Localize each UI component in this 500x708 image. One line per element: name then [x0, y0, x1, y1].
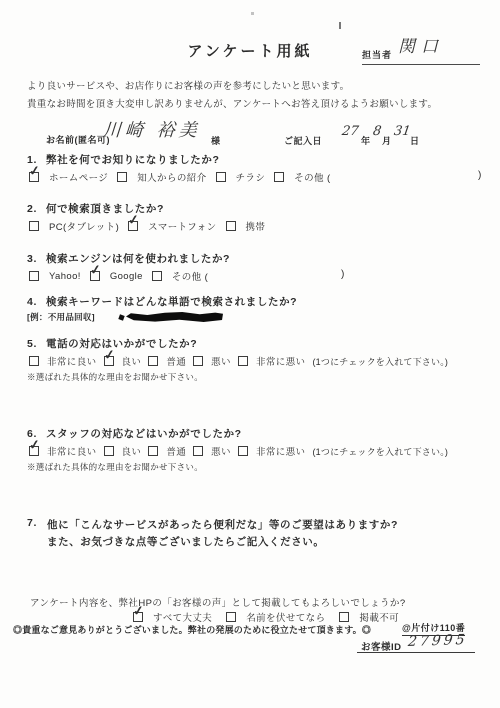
date-month-unit: 月	[382, 134, 392, 147]
option-staff-good: ✓ 良い	[104, 444, 142, 458]
question-2-text: 何で検索頂きましたか?	[46, 203, 164, 215]
check-mark-icon: ✓	[132, 603, 145, 617]
checkbox-phone-very-bad[interactable]: ✓	[238, 356, 248, 366]
option-label: 名前を伏せてなら	[246, 610, 325, 624]
checkbox-flyer[interactable]: ✓	[216, 172, 226, 182]
question-3-text: 検索エンジンは何を使われましたか?	[46, 253, 230, 265]
checkbox-staff-normal[interactable]: ✓	[148, 446, 158, 456]
question-4-number: 4.	[27, 296, 37, 308]
checkbox-staff-bad[interactable]: ✓	[193, 446, 203, 456]
check-mark-icon: ✓	[128, 212, 141, 226]
option-publish-all-ok: ✓ すべて大丈夫	[133, 610, 212, 624]
checkbox-staff-very-bad[interactable]: ✓	[238, 446, 248, 456]
question-2-heading: 2.何で検索頂きましたか?	[27, 201, 164, 216]
question-6-text: スタッフの対応などはいかがでしたか?	[46, 428, 242, 440]
option-phone-good: ✓ 良い	[104, 354, 142, 368]
option-label: 悪い	[211, 444, 231, 458]
close-paren: )	[478, 170, 481, 181]
option-yahoo: ✓ Yahoo!	[29, 271, 81, 282]
question-5-number: 5.	[27, 338, 37, 350]
option-staff-bad: ✓ 悪い	[193, 444, 231, 458]
check-mark-icon: ✓	[28, 437, 41, 451]
date-year-unit: 年	[361, 134, 371, 147]
publish-question: アンケート内容を、弊社HPの「お客様の声」として掲載してもよろしいでしょうか?	[30, 595, 406, 609]
option-label: 非常に悪い	[256, 444, 306, 458]
option-label: PC(タブレット)	[49, 219, 119, 233]
question-4-heading: 4.検索キーワードはどんな単語で検索されましたか?	[27, 294, 297, 309]
redaction-mark	[118, 314, 124, 320]
keyword-example-label: [例：不用品回収]	[27, 311, 95, 323]
thanks-message: ◎貴重なご意見ありがとうございました。弊社の発展のために役立たせて頂きます。◎	[13, 623, 371, 636]
checkbox-pc[interactable]: ✓	[29, 221, 39, 231]
checkbox-staff-very-good[interactable]: ✓	[29, 446, 39, 456]
checkbox-publish-anonymous[interactable]: ✓	[226, 612, 236, 622]
option-homepage: ✓ ホームページ	[29, 170, 108, 184]
option-google: ✓ Google	[90, 271, 143, 282]
option-smartphone: ✓ スマートフォン	[128, 219, 216, 233]
checkbox-google[interactable]: ✓	[90, 271, 100, 281]
option-label: その他 (	[172, 269, 208, 283]
option-other-engine: ✓ その他 (	[152, 269, 208, 283]
question-1-options: ✓ ホームページ ✓ 知人からの紹介 ✓ チラシ ✓ その他 (	[29, 170, 331, 184]
question-7-line-2: また、お気づきな点等ございましたらご記入ください。	[47, 534, 325, 549]
checkbox-other[interactable]: ✓	[274, 172, 284, 182]
checkbox-referral[interactable]: ✓	[117, 172, 127, 182]
option-label: 良い	[122, 354, 142, 368]
customer-id-label: お客様ID	[361, 639, 402, 653]
option-staff-normal: ✓ 普通	[148, 444, 186, 458]
check-mark-icon: ✓	[103, 347, 116, 361]
date-day-value: 31	[393, 124, 412, 139]
option-label: 非常に良い	[47, 444, 97, 458]
checkbox-other-engine[interactable]: ✓	[152, 271, 162, 281]
option-label: 非常に悪い	[256, 354, 306, 368]
question-2-number: 2.	[27, 203, 37, 215]
date-year-value: 27	[341, 124, 360, 139]
option-phone-very-good: ✓ 非常に良い	[29, 354, 97, 368]
check-mark-icon: ✓	[28, 163, 41, 177]
checkbox-phone-bad[interactable]: ✓	[193, 356, 203, 366]
option-publish-not-allowed: ✓ 掲載不可	[339, 610, 399, 624]
questionnaire-page: アンケート用紙 担当者 関口 より良いサービスや、お店作りにお客様の声を参考にし…	[0, 0, 500, 708]
question-6-options: ✓ 非常に良い ✓ 良い ✓ 普通 ✓ 悪い ✓ 非常に悪い (1つにチェックを…	[29, 444, 448, 458]
option-referral: ✓ 知人からの紹介	[117, 170, 206, 184]
staff-signature: 関口	[398, 32, 444, 57]
option-label: 悪い	[211, 354, 231, 368]
date-month-value: 8	[372, 124, 382, 139]
option-label: 普通	[166, 444, 186, 458]
question-3-number: 3.	[27, 253, 37, 265]
checkbox-mobile[interactable]: ✓	[226, 221, 236, 231]
checkbox-phone-normal[interactable]: ✓	[148, 356, 158, 366]
reason-note: ※選ばれた具体的な理由をお聞かせ下さい。	[27, 461, 203, 473]
option-label: すべて大丈夫	[153, 610, 212, 624]
checkbox-homepage[interactable]: ✓	[29, 172, 39, 182]
staff-field: 担当者 関口	[362, 38, 480, 65]
option-label: 知人からの紹介	[137, 170, 206, 184]
question-3-heading: 3.検索エンジンは何を使われましたか?	[27, 251, 230, 266]
option-phone-very-bad: ✓ 非常に悪い	[238, 354, 306, 368]
date-label: ご記入日	[284, 134, 322, 147]
question-5-options: ✓ 非常に良い ✓ 良い ✓ 普通 ✓ 悪い ✓ 非常に悪い (1つにチェックを…	[29, 354, 448, 368]
option-publish-anonymous: ✓ 名前を伏せてなら	[226, 610, 325, 624]
check-instruction: (1つにチェックを入れて下さい。)	[312, 445, 448, 458]
option-label: 普通	[166, 354, 186, 368]
option-label: Google	[110, 271, 143, 282]
scan-artifact	[251, 12, 254, 15]
customer-id-value: 27995	[407, 632, 468, 650]
question-1-text: 弊社を何でお知りになりましたか?	[46, 154, 220, 166]
name-value: 川崎 裕美	[102, 116, 202, 142]
question-2-options: ✓ PC(タブレット) ✓ スマートフォン ✓ 携帯	[29, 219, 265, 233]
option-staff-very-good: ✓ 非常に良い	[29, 444, 97, 458]
option-flyer: ✓ チラシ	[216, 170, 266, 184]
option-label: 携帯	[246, 219, 266, 233]
question-5-text: 電話の対応はいかがでしたか?	[46, 338, 197, 350]
option-mobile: ✓ 携帯	[226, 219, 266, 233]
redacted-answer	[126, 312, 223, 322]
option-pc: ✓ PC(タブレット)	[29, 219, 119, 233]
checkbox-publish-all-ok[interactable]: ✓	[133, 612, 143, 622]
scan-artifact	[339, 22, 341, 29]
intro-text: より良いサービスや、お店作りにお客様の声を参考にしたいと思います。 貴重なお時間…	[27, 78, 437, 113]
customer-id-underline	[357, 652, 475, 653]
checkbox-phone-good[interactable]: ✓	[104, 356, 114, 366]
intro-line-1: より良いサービスや、お店作りにお客様の声を参考にしたいと思います。	[27, 81, 349, 92]
checkbox-publish-not-allowed[interactable]: ✓	[339, 612, 349, 622]
question-6-heading: 6.スタッフの対応などはいかがでしたか?	[27, 426, 242, 441]
option-other: ✓ その他 (	[274, 170, 330, 184]
option-label: ホームページ	[49, 170, 108, 184]
question-7-line-1: 他に「こんなサービスがあったら便利だな」等のご要望はありますか?	[47, 517, 398, 532]
name-label: お名前(匿名可)	[46, 133, 110, 146]
question-1-heading: 1.弊社を何でお知りになりましたか?	[27, 152, 219, 167]
checkbox-staff-good[interactable]: ✓	[104, 446, 114, 456]
option-staff-very-bad: ✓ 非常に悪い	[238, 444, 306, 458]
option-label: 良い	[122, 444, 142, 458]
option-label: Yahoo!	[49, 271, 81, 282]
publish-options: ✓ すべて大丈夫 ✓ 名前を伏せてなら ✓ 掲載不可	[133, 610, 399, 624]
option-label: スマートフォン	[148, 219, 216, 233]
question-4-text: 検索キーワードはどんな単語で検索されましたか?	[46, 296, 297, 308]
close-paren: )	[341, 269, 344, 280]
check-mark-icon: ✓	[89, 262, 102, 276]
reason-note: ※選ばれた具体的な理由をお聞かせ下さい。	[27, 371, 203, 383]
date-day-unit: 日	[410, 134, 420, 147]
page-title: アンケート用紙	[140, 40, 360, 61]
staff-label: 担当者	[362, 48, 392, 61]
option-label: チラシ	[236, 170, 266, 184]
option-phone-normal: ✓ 普通	[148, 354, 186, 368]
option-label: 掲載不可	[359, 610, 399, 624]
intro-line-2: 貴重なお時間を頂き大変申し訳ありませんが、アンケートへお答え頂けるようお願いしま…	[27, 99, 437, 110]
checkbox-smartphone[interactable]: ✓	[128, 221, 138, 231]
checkbox-yahoo[interactable]: ✓	[29, 271, 39, 281]
question-3-options: ✓ Yahoo! ✓ Google ✓ その他 (	[29, 269, 208, 283]
question-7-number: 7.	[27, 517, 37, 529]
checkbox-phone-very-good[interactable]: ✓	[29, 356, 39, 366]
option-label: その他 (	[294, 170, 330, 184]
name-honorific: 様	[211, 134, 221, 147]
check-instruction: (1つにチェックを入れて下さい。)	[312, 355, 448, 368]
option-label: 非常に良い	[47, 354, 97, 368]
option-phone-bad: ✓ 悪い	[193, 354, 231, 368]
